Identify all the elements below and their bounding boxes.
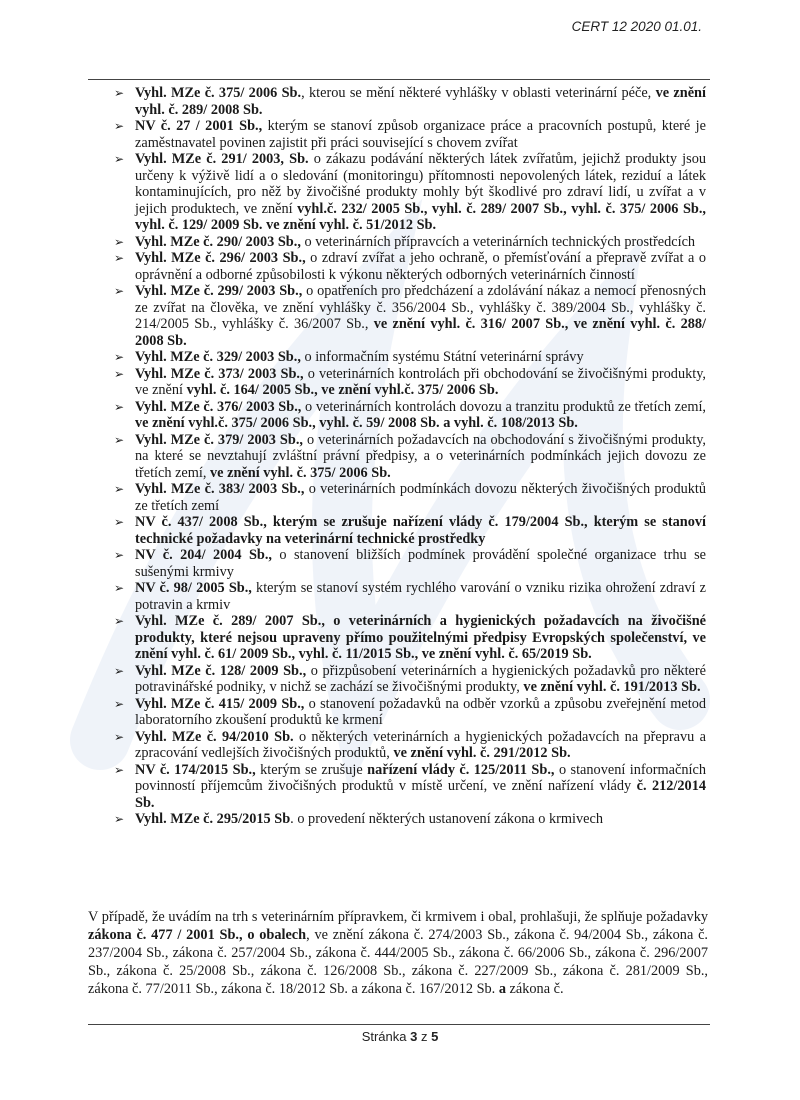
bullet-arrow-icon: ➢ xyxy=(114,366,124,383)
bullet-arrow-icon: ➢ xyxy=(114,811,124,828)
header-divider xyxy=(88,79,710,80)
item-text: o veterinárních přípravcích a veterinárn… xyxy=(301,234,695,250)
item-bold-ref: NV č. 204/ 2004 Sb., xyxy=(135,547,272,563)
bullet-arrow-icon: ➢ xyxy=(114,399,124,416)
packaging-declaration-paragraph: V případě, že uvádím na trh s veterinárn… xyxy=(88,908,708,998)
legislation-item: ➢Vyhl. MZe č. 299/ 2003 Sb., o opatřeníc… xyxy=(114,283,706,349)
legislation-item: ➢Vyhl. MZe č. 415/ 2009 Sb., o stanovení… xyxy=(114,696,706,729)
item-bold-ref: NV č. 27 / 2001 Sb., xyxy=(135,118,262,134)
legislation-item: ➢Vyhl. MZe č. 329/ 2003 Sb., o informačn… xyxy=(114,349,706,366)
item-text: , kterou se mění některé vyhlášky v obla… xyxy=(301,85,656,101)
page-separator: z xyxy=(417,1029,431,1044)
bullet-arrow-icon: ➢ xyxy=(114,762,124,779)
item-bold-ref: Vyhl. MZe č. 376/ 2003 Sb., xyxy=(135,399,301,415)
item-bold-ref: Vyhl. MZe č. 290/ 2003 Sb., xyxy=(135,234,301,250)
bullet-arrow-icon: ➢ xyxy=(114,613,124,630)
item-bold-ref: Vyhl. MZe č. 329/ 2003 Sb., xyxy=(135,349,301,365)
bullet-arrow-icon: ➢ xyxy=(114,514,124,531)
item-bold-amendment: ve znění vyhl. č. 191/2013 Sb. xyxy=(523,679,700,695)
legislation-item: ➢Vyhl. MZe č. 373/ 2003 Sb., o veterinár… xyxy=(114,366,706,399)
bullet-arrow-icon: ➢ xyxy=(114,85,124,102)
bullet-arrow-icon: ➢ xyxy=(114,151,124,168)
item-bold-amendment: vyhl. č. 164/ 2005 Sb., ve znění vyhl.č.… xyxy=(187,382,499,398)
item-bold-ref: Vyhl. MZe č. 94/2010 Sb. xyxy=(135,729,294,745)
page-label: Stránka xyxy=(362,1029,410,1044)
bullet-arrow-icon: ➢ xyxy=(114,118,124,135)
legislation-item: ➢Vyhl. MZe č. 379/ 2003 Sb., o veterinár… xyxy=(114,432,706,482)
para-bold-law: zákona č. 477 / 2001 Sb., o obalech xyxy=(88,927,306,943)
item-bold-ref: Vyhl. MZe č. 289/ 2007 Sb., o veterinárn… xyxy=(135,613,706,662)
item-bold-ref: Vyhl. MZe č. 383/ 2003 Sb., xyxy=(135,481,304,497)
legislation-item: ➢Vyhl. MZe č. 383/ 2003 Sb., o veterinár… xyxy=(114,481,706,514)
legislation-item: ➢Vyhl. MZe č. 94/2010 Sb. o některých ve… xyxy=(114,729,706,762)
item-bold-ref: NV č. 437/ 2008 Sb., kterým se zrušuje n… xyxy=(135,514,706,547)
item-bold-amendment: ve znění vyhl. č. 291/2012 Sb. xyxy=(393,745,570,761)
legislation-item: ➢Vyhl. MZe č. 295/2015 Sb. o provedení n… xyxy=(114,811,706,828)
item-bold-ref: Vyhl. MZe č. 128/ 2009 Sb., xyxy=(135,663,306,679)
item-text: . o provedení některých ustanovení zákon… xyxy=(290,811,603,827)
document-code: CERT 12 2020 01.01. xyxy=(572,19,702,34)
bullet-arrow-icon: ➢ xyxy=(114,481,124,498)
bullet-arrow-icon: ➢ xyxy=(114,580,124,597)
bullet-arrow-icon: ➢ xyxy=(114,729,124,746)
footer-divider xyxy=(88,1024,710,1025)
legislation-item: ➢NV č. 204/ 2004 Sb., o stanovení bližší… xyxy=(114,547,706,580)
bullet-arrow-icon: ➢ xyxy=(114,349,124,366)
legislation-item: ➢Vyhl. MZe č. 375/ 2006 Sb., kterou se m… xyxy=(114,85,706,118)
legislation-item: ➢Vyhl. MZe č. 291/ 2003, Sb. o zákazu po… xyxy=(114,151,706,234)
item-bold-ref: NV č. 98/ 2005 Sb., xyxy=(135,580,252,596)
item-bold-ref: Vyhl. MZe č. 295/2015 Sb xyxy=(135,811,290,827)
item-bold-ref: Vyhl. MZe č. 291/ 2003, Sb. xyxy=(135,151,309,167)
bullet-arrow-icon: ➢ xyxy=(114,547,124,564)
legislation-item: ➢NV č. 437/ 2008 Sb., kterým se zrušuje … xyxy=(114,514,706,547)
bullet-arrow-icon: ➢ xyxy=(114,283,124,300)
legislation-item: ➢NV č. 98/ 2005 Sb., kterým se stanoví s… xyxy=(114,580,706,613)
total-pages-number: 5 xyxy=(431,1029,438,1044)
bullet-arrow-icon: ➢ xyxy=(114,663,124,680)
item-bold-ref: NV č. 174/2015 Sb., xyxy=(135,762,256,778)
para-text-3: zákona č. xyxy=(506,981,564,997)
legislation-item: ➢Vyhl. MZe č. 128/ 2009 Sb., o přizpůsob… xyxy=(114,663,706,696)
item-bold-amendment: ve znění vyhl. č. 375/ 2006 Sb. xyxy=(210,465,391,481)
item-bold-amendment: nařízení vlády č. 125/2011 Sb., xyxy=(367,762,554,778)
bullet-arrow-icon: ➢ xyxy=(114,696,124,713)
page-footer: Stránka 3 z 5 xyxy=(0,1029,800,1044)
item-text: o informačním systému Státní veterinární… xyxy=(301,349,584,365)
legislation-item: ➢Vyhl. MZe č. 376/ 2003 Sb., o veterinár… xyxy=(114,399,706,432)
para-bold-a: a xyxy=(499,981,506,997)
item-bold-ref: Vyhl. MZe č. 299/ 2003 Sb., xyxy=(135,283,302,299)
para-text-1: V případě, že uvádím na trh s veterinárn… xyxy=(88,909,708,925)
item-bold-ref: Vyhl. MZe č. 296/ 2003 Sb., xyxy=(135,250,306,266)
item-bold-ref: Vyhl. MZe č. 415/ 2009 Sb., xyxy=(135,696,304,712)
item-text: o veterinárních kontrolách dovozu a tran… xyxy=(301,399,706,415)
legislation-item: ➢NV č. 27 / 2001 Sb., kterým se stanoví … xyxy=(114,118,706,151)
bullet-arrow-icon: ➢ xyxy=(114,432,124,449)
bullet-arrow-icon: ➢ xyxy=(114,234,124,251)
legislation-item: ➢NV č. 174/2015 Sb., kterým se zrušuje n… xyxy=(114,762,706,812)
legislation-item: ➢Vyhl. MZe č. 296/ 2003 Sb., o zdraví zv… xyxy=(114,250,706,283)
item-bold-ref: Vyhl. MZe č. 375/ 2006 Sb. xyxy=(135,85,301,101)
item-text: kterým se zrušuje xyxy=(256,762,367,778)
item-bold-ref: Vyhl. MZe č. 373/ 2003 Sb., xyxy=(135,366,304,382)
legislation-item: ➢Vyhl. MZe č. 289/ 2007 Sb., o veterinár… xyxy=(114,613,706,663)
item-bold-ref: Vyhl. MZe č. 379/ 2003 Sb., xyxy=(135,432,303,448)
legislation-list: ➢Vyhl. MZe č. 375/ 2006 Sb., kterou se m… xyxy=(114,85,706,828)
item-bold-amendment: ve znění vyhl.č. 375/ 2006 Sb., vyhl. č.… xyxy=(135,415,578,431)
bullet-arrow-icon: ➢ xyxy=(114,250,124,267)
legislation-item: ➢Vyhl. MZe č. 290/ 2003 Sb., o veterinár… xyxy=(114,234,706,251)
